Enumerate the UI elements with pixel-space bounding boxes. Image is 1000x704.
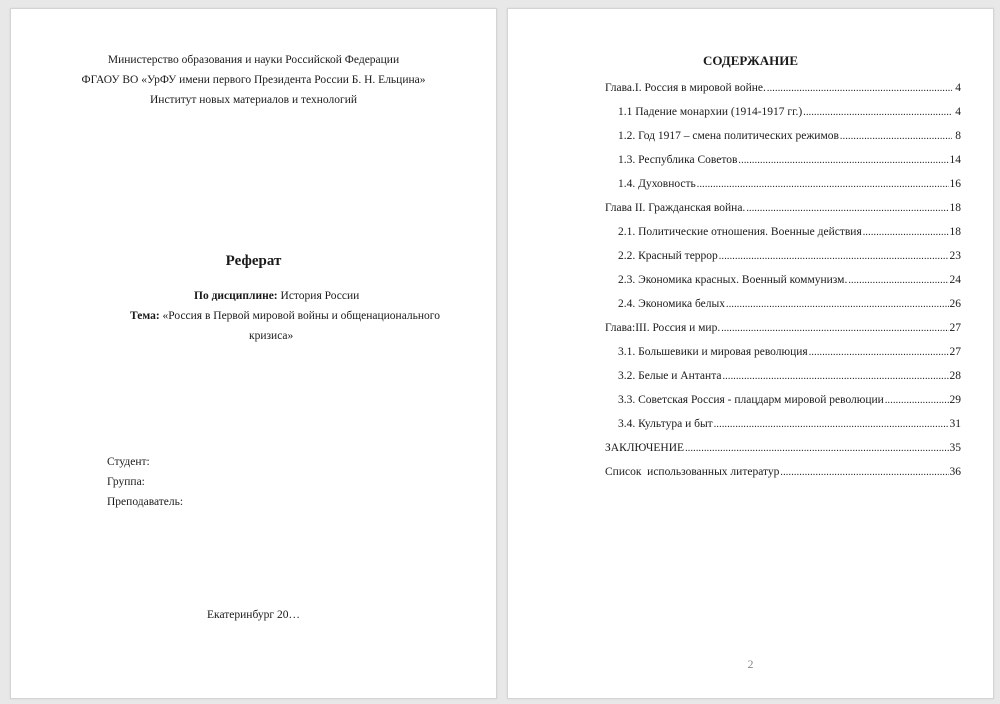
toc-leader-dots [803, 106, 952, 118]
toc-leader-dots [767, 82, 952, 94]
toc-leader-dots [738, 154, 948, 166]
toc-entry[interactable]: 1.3. Республика Советов14 [618, 154, 961, 170]
toc-entry-page: 23 [950, 250, 962, 262]
toc-entry-page: 28 [950, 370, 962, 382]
toc-entry[interactable]: 1.2. Год 1917 – смена политических режим… [618, 130, 961, 146]
topic-line: Тема: «Россия в Первой мировой войны и о… [130, 310, 440, 322]
toc-entry[interactable]: 2.2. Красный террор23 [618, 250, 961, 266]
discipline-value: История России [278, 290, 360, 302]
toc-leader-dots [848, 274, 948, 286]
toc-entry-label: Глава II. Гражданская война. [605, 202, 745, 214]
document-page-1: Министерство образования и науки Российс… [10, 8, 497, 699]
topic-label: Тема: [130, 310, 160, 322]
toc-title: СОДЕРЖАНИЕ [508, 53, 993, 69]
toc-entry-label: Глава:III. Россия и мир. [605, 322, 720, 334]
toc-leader-dots [722, 370, 948, 382]
toc-entry-label: 3.3. Советская Россия - плацдарм мировой… [618, 394, 884, 406]
toc-entry-label: Список использованных литератур [605, 466, 779, 478]
ministry-line: Министерство образования и науки Российс… [11, 54, 496, 66]
toc-leader-dots [840, 130, 952, 142]
toc-entry-label: 2.1. Политические отношения. Военные дей… [618, 226, 862, 238]
toc-leader-dots [714, 418, 949, 430]
toc-entry[interactable]: 3.3. Советская Россия - плацдарм мировой… [618, 394, 961, 410]
toc-entry-page: 24 [950, 274, 962, 286]
document-page-2: СОДЕРЖАНИЕ Глава.I. Россия в мировой вой… [507, 8, 994, 699]
toc-entry-page: 27 [950, 346, 962, 358]
toc-entry-page: 35 [950, 442, 962, 454]
toc-entry[interactable]: 3.2. Белые и Антанта28 [618, 370, 961, 386]
toc-entry-page: 36 [950, 466, 962, 478]
toc-entry-label: 3.1. Большевики и мировая революция [618, 346, 808, 358]
toc-entry-page: 4 [953, 82, 961, 94]
toc-leader-dots [721, 322, 948, 334]
toc-leader-dots [780, 466, 948, 478]
toc-entry-label: Глава.I. Россия в мировой войне. [605, 82, 766, 94]
toc-leader-dots [726, 298, 949, 310]
toc-entry-page: 18 [950, 226, 962, 238]
toc-entry-label: 3.4. Культура и быт [618, 418, 713, 430]
toc-entry-page: 26 [950, 298, 962, 310]
toc-entry-label: 2.4. Экономика белых [618, 298, 725, 310]
institute-line: Институт новых материалов и технологий [11, 94, 496, 106]
toc-entry-page: 14 [950, 154, 962, 166]
toc-entry-page: 8 [953, 130, 961, 142]
toc-entry-label: ЗАКЛЮЧЕНИЕ [605, 442, 684, 454]
city-year: Екатеринбург 20… [11, 609, 496, 621]
toc-entry-page: 4 [953, 106, 961, 118]
topic-value-cont: кризиса» [249, 330, 293, 342]
toc-entry-page: 31 [950, 418, 962, 430]
toc-entry[interactable]: Глава II. Гражданская война.18 [605, 202, 961, 218]
toc-leader-dots [885, 394, 949, 406]
toc-entry[interactable]: Глава.I. Россия в мировой войне.4 [605, 82, 961, 98]
toc-leader-dots [685, 442, 948, 454]
toc-entry[interactable]: 2.4. Экономика белых26 [618, 298, 961, 314]
discipline-line: По дисциплине: История России [194, 290, 359, 302]
toc-entry-label: 1.4. Духовность [618, 178, 696, 190]
topic-value: «Россия в Первой мировой войны и общенац… [160, 310, 440, 322]
page-number: 2 [508, 657, 993, 672]
toc-entry-label: 1.1 Падение монархии (1914-1917 гг.) [618, 106, 802, 118]
student-field: Студент: [107, 456, 150, 468]
toc-entry-label: 2.3. Экономика красных. Военный коммуниз… [618, 274, 847, 286]
toc-entry-label: 2.2. Красный террор [618, 250, 718, 262]
discipline-label: По дисциплине: [194, 290, 278, 302]
toc-leader-dots [809, 346, 949, 358]
toc-entry[interactable]: ЗАКЛЮЧЕНИЕ35 [605, 442, 961, 458]
toc-leader-dots [697, 178, 949, 190]
toc-entry[interactable]: 1.1 Падение монархии (1914-1917 гг.)4 [618, 106, 961, 122]
toc-entry[interactable]: 1.4. Духовность16 [618, 178, 961, 194]
toc-leader-dots [719, 250, 949, 262]
toc-entry[interactable]: 3.4. Культура и быт31 [618, 418, 961, 434]
university-line: ФГАОУ ВО «УрФУ имени первого Президента … [11, 74, 496, 86]
toc-entry[interactable]: 2.1. Политические отношения. Военные дей… [618, 226, 961, 242]
toc-leader-dots [863, 226, 949, 238]
toc-entry-label: 1.2. Год 1917 – смена политических режим… [618, 130, 839, 142]
toc-leader-dots [746, 202, 948, 214]
group-field: Группа: [107, 476, 145, 488]
toc-entry[interactable]: Список использованных литератур36 [605, 466, 961, 482]
toc-entry[interactable]: Глава:III. Россия и мир.27 [605, 322, 961, 338]
toc-entry[interactable]: 3.1. Большевики и мировая революция27 [618, 346, 961, 362]
toc-entry-page: 16 [950, 178, 962, 190]
toc-entry-page: 29 [950, 394, 962, 406]
document-title: Реферат [11, 253, 496, 270]
toc-entry-label: 1.3. Республика Советов [618, 154, 737, 166]
toc-entry[interactable]: 2.3. Экономика красных. Военный коммуниз… [618, 274, 961, 290]
teacher-field: Преподаватель: [107, 496, 183, 508]
toc-entry-page: 18 [950, 202, 962, 214]
toc-entry-page: 27 [950, 322, 962, 334]
toc-entry-label: 3.2. Белые и Антанта [618, 370, 721, 382]
